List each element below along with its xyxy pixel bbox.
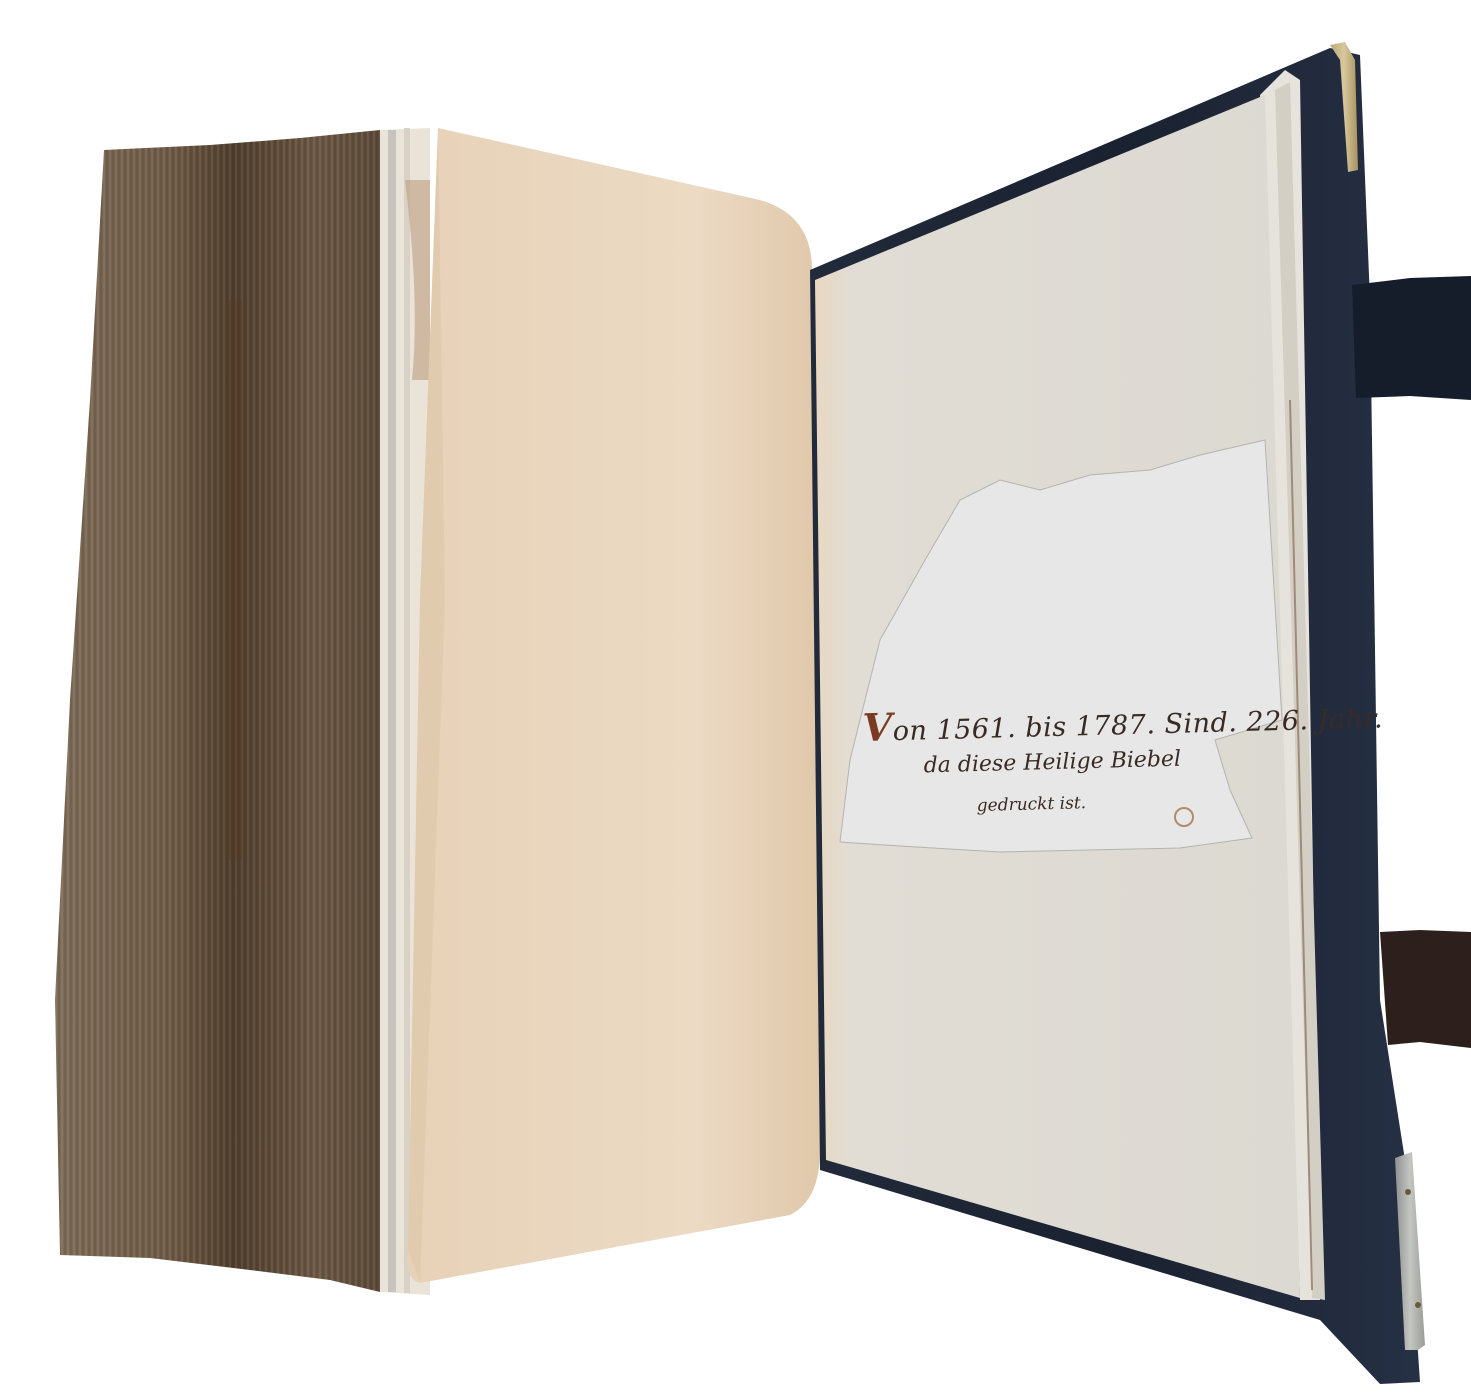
bible-photo: Von 1561. bis 1787. Sind. 226. Jahr. da … <box>0 0 1471 1394</box>
left-page <box>408 128 821 1283</box>
clasp-strap-upper <box>1352 276 1471 400</box>
clasp-strap-lower <box>1380 930 1471 1048</box>
inscription-line-3: gedruckt ist. <box>976 793 1086 816</box>
inscription-initial: V <box>862 704 893 750</box>
page-block-edge <box>55 130 380 1292</box>
